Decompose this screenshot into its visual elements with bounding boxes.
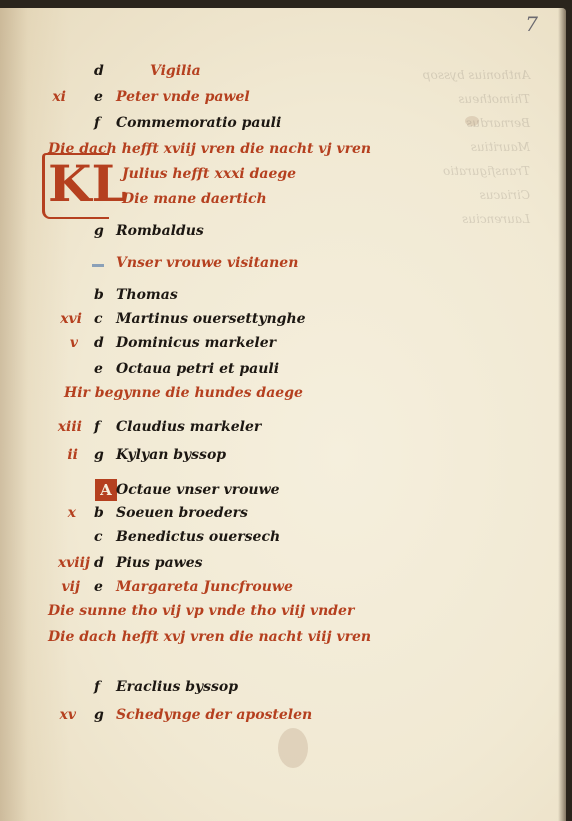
- calendar-entry: Octaue vnser vrouwe: [0, 479, 420, 501]
- month-heading: Julius hefft xxxi daege: [0, 163, 420, 185]
- entry-text: Kylyan byssop: [116, 444, 226, 466]
- entry-text: Dominicus markeler: [116, 332, 276, 354]
- golden-number: v: [0, 332, 78, 354]
- rubric-text: Hir begynne die hundes daege: [64, 382, 303, 404]
- golden-number: xvi: [0, 308, 82, 330]
- calendar-entry: xiii f Claudius markeler: [0, 416, 420, 438]
- golden-number: ii: [0, 444, 78, 466]
- calendar-entry: v d Dominicus markeler: [0, 332, 420, 354]
- calendar-entry: xv g Schedynge der apostelen: [0, 704, 420, 726]
- dominical-letter: b: [94, 284, 104, 306]
- dominical-letter: d: [94, 552, 104, 574]
- dominical-letter: b: [94, 502, 104, 524]
- calendar-entry: xvi c Martinus ouersettynghe: [0, 308, 420, 330]
- entry-text: Thomas: [116, 284, 178, 306]
- entry-text: Rombaldus: [116, 220, 204, 242]
- entry-text: Soeuen broeders: [116, 502, 248, 524]
- golden-number: xviij: [0, 552, 90, 574]
- dominical-letter: g: [94, 220, 104, 242]
- entry-text: Martinus ouersettynghe: [116, 308, 306, 330]
- dominical-letter: f: [94, 416, 100, 438]
- rubric-line: Hir begynne die hundes daege: [0, 382, 420, 404]
- calendar-entry: d Vigilia: [0, 60, 420, 82]
- entry-text: Peter vnde pawel: [116, 86, 250, 108]
- golden-number: xi: [0, 86, 66, 108]
- dominical-letter: g: [94, 704, 104, 726]
- stain: [278, 728, 308, 768]
- folio-number: 7: [525, 12, 538, 36]
- rubric-text: Die sunne tho vij vp vnde tho viij vnder: [48, 600, 354, 622]
- entry-text: Margareta Juncfrouwe: [116, 576, 293, 598]
- golden-number: xiii: [0, 416, 82, 438]
- entry-text: Julius hefft xxxi daege: [122, 163, 296, 185]
- dominical-letter: f: [94, 112, 100, 134]
- dominical-letter: d: [94, 60, 104, 82]
- entry-text: Vigilia: [150, 60, 201, 82]
- entry-text: Commemoratio pauli: [116, 112, 281, 134]
- calendar-entry: xviij d Pius pawes: [0, 552, 420, 574]
- golden-number: x: [0, 502, 76, 524]
- rubric-text: Die dach hefft xvj vren die nacht viij v…: [48, 626, 371, 648]
- dominical-letter: e: [94, 358, 103, 380]
- entry-text: Die mane daertich: [122, 188, 267, 210]
- calendar-entry: xi e Peter vnde pawel: [0, 86, 420, 108]
- entry-text: Octaue vnser vrouwe: [116, 479, 280, 501]
- dominical-letter: c: [94, 308, 103, 330]
- entry-text: Octaua petri et pauli: [116, 358, 279, 380]
- calendar-entry: f Commemoratio pauli: [0, 112, 420, 134]
- entry-text: Pius pawes: [116, 552, 202, 574]
- calendar-entry: x b Soeuen broeders: [0, 502, 420, 524]
- calendar-entry: ii g Kylyan byssop: [0, 444, 420, 466]
- entry-text: Eraclius byssop: [116, 676, 238, 698]
- calendar-entry: g Rombaldus: [0, 220, 420, 242]
- calendar-entry: Vnser vrouwe visitanen: [0, 252, 420, 274]
- dominical-letter: g: [94, 444, 104, 466]
- dominical-letter: f: [94, 676, 100, 698]
- rubric-line: Die dach hefft xvj vren die nacht viij v…: [0, 626, 440, 648]
- calendar-entry: c Benedictus ouersech: [0, 526, 420, 548]
- golden-number: xv: [0, 704, 76, 726]
- dominical-letter: d: [94, 332, 104, 354]
- month-heading: Die mane daertich: [0, 188, 420, 210]
- calendar-entry: b Thomas: [0, 284, 420, 306]
- dominical-letter: e: [94, 86, 103, 108]
- dominical-letter: e: [94, 576, 103, 598]
- entry-text: Claudius markeler: [116, 416, 261, 438]
- calendar-entry: f Eraclius byssop: [0, 676, 420, 698]
- manuscript-page: 7 Anthonius byssop Thimotheus Bernardus …: [0, 8, 566, 821]
- entry-text: Benedictus ouersech: [116, 526, 280, 548]
- golden-number: vij: [0, 576, 80, 598]
- entry-text: Vnser vrouwe visitanen: [116, 252, 298, 274]
- rubric-line: Die sunne tho vij vp vnde tho viij vnder: [0, 600, 440, 622]
- calendar-entry: vij e Margareta Juncfrouwe: [0, 576, 420, 598]
- dominical-letter: c: [94, 526, 103, 548]
- calendar-entry: e Octaua petri et pauli: [0, 358, 420, 380]
- entry-text: Schedynge der apostelen: [116, 704, 312, 726]
